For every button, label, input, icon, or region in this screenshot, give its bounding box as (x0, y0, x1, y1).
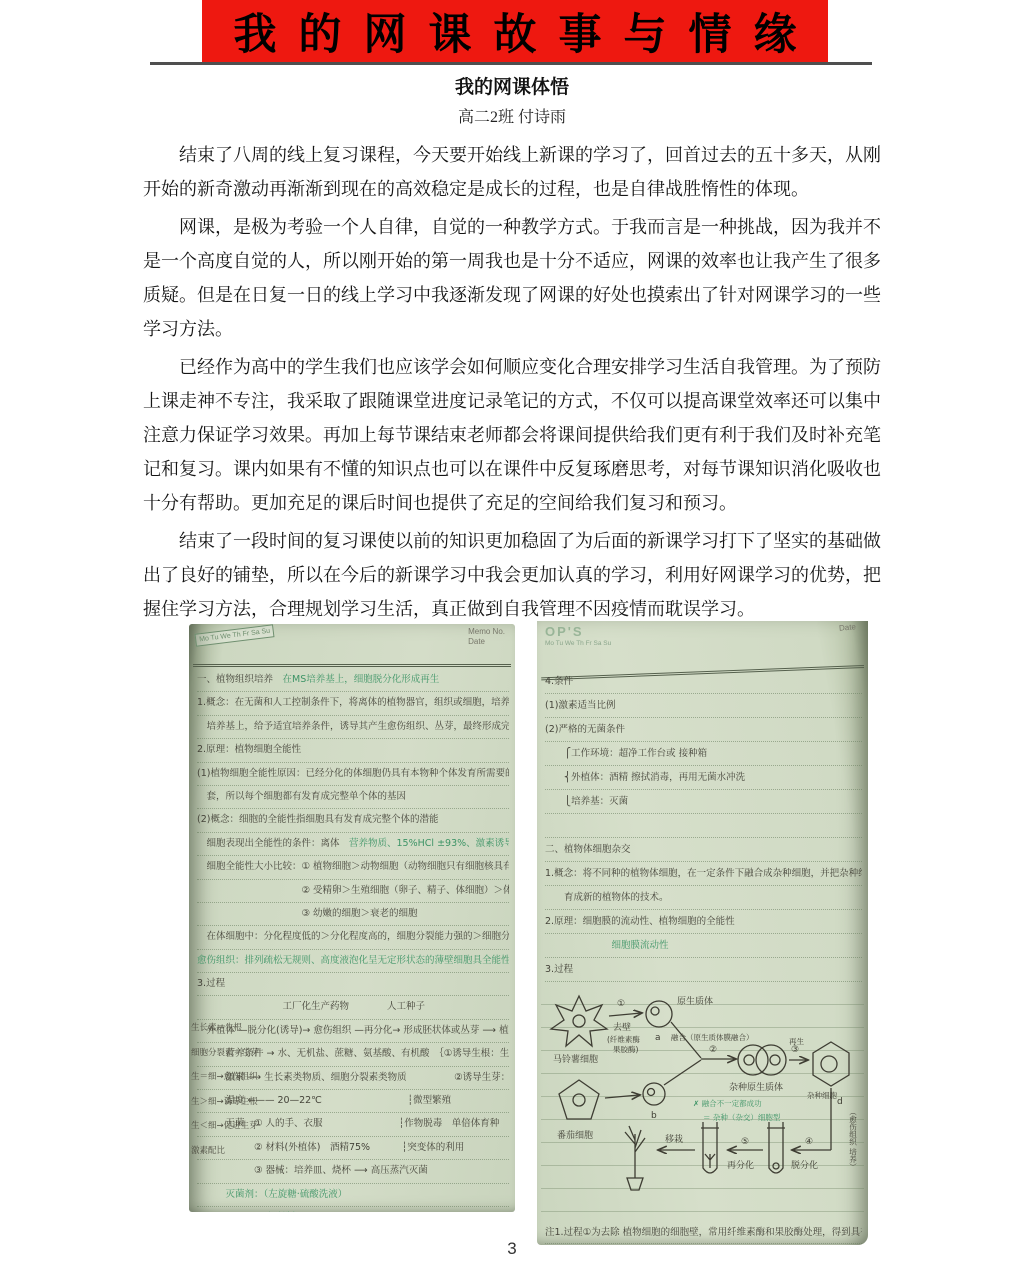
note-line: 4.条件 (545, 670, 862, 694)
header-divider (150, 62, 872, 65)
side-note: （愈伤组织 培养） (848, 1108, 857, 1170)
enzyme1-label: (纤维素酶 (607, 1034, 640, 1044)
step2-num: ② (709, 1045, 717, 1055)
note-lines-right-top: 4.条件 (1)激素适当比例 (2)严格的无菌条件 ⎧工作环境：超净工作台或 接… (537, 668, 868, 982)
note-text: 细胞全能性大小比较：① 植物细胞＞动物细胞（动物细胞只有细胞核具有全能性 (197, 861, 509, 872)
step3-num: ③ (791, 1045, 799, 1055)
note-text: ③ 幼嫩的细胞＞衰老的细胞 (197, 908, 418, 919)
notebook-header-right: OP'S Mo Tu We Th Fr Sa Su Date (537, 621, 868, 661)
potato-nucleus (573, 1015, 585, 1027)
note-line: 培养基上，给予适宜培养条件，诱导其产生愈伤组织、丛芽，最终形成完整植 (197, 716, 509, 739)
essay-title: 我的网课体悟 (0, 72, 1024, 99)
note-text: 细胞表现出全能性的条件：离体 (197, 838, 349, 849)
step3-label: 再生 (789, 1036, 804, 1046)
essay-paragraph-4: 结束了一段时间的复习课使以前的知识更加稳固了为后面的新课学习打下了坚实的基础做出… (143, 524, 881, 626)
note-line: ② 受精卵＞生殖细胞（卵子、精子、体细胞）＞体细胞 (197, 880, 509, 903)
step5-num: ⑤ (741, 1137, 749, 1147)
note-text: 二、植物体细胞杂交 (545, 844, 631, 855)
page-number: 3 (0, 1239, 1024, 1259)
page-banner-title: 我的网课故事与情缘 (202, 0, 828, 62)
note-line: (2)严格的无菌条件 (545, 718, 862, 742)
enzyme2-label: 果胶酶) (613, 1044, 638, 1054)
label-b: b (651, 1111, 657, 1121)
note-green-text: 灭菌剂：（左旋糖·硫酸洗液） (197, 1189, 347, 1200)
hybrid-cell-shape (813, 1042, 849, 1086)
note-text: 一、植物组织培养 (197, 674, 283, 685)
note-line: ⎧工作环境：超净工作台或 接种箱 (545, 742, 862, 766)
green-note-1: ✗ 融合不一定都成功 (693, 1098, 762, 1108)
label-a: a (655, 1033, 661, 1043)
note-line: 灭菌剂：（左旋糖·硫酸洗液） (197, 1184, 509, 1207)
note-text: (2)严格的无菌条件 (545, 724, 625, 735)
protoplast-b-nucleus (648, 1089, 655, 1096)
note-line: ⎩培养基：灭菌 (545, 790, 862, 814)
tomato-nucleus (573, 1094, 585, 1106)
note-green-text: 愈伤组织：排列疏松无规则、高度液泡化呈无定形状态的薄壁细胞具全能性 (197, 955, 509, 966)
note-green-text: 营养物质、15%HCl ±93%、激素诱导 (349, 838, 509, 849)
note-text: 1.概念：将不同种的植物体细胞，在一定条件下融合成杂种细胞，并把杂种细胞 培 (545, 868, 862, 879)
note-green-text: 在MS培养基上，细胞脱分化形成再生 (283, 674, 440, 685)
cell-fusion-diagram: 马铃薯细胞 ① 去壁 (纤维素酶 果胶酶) 原生质体 a 番茄细胞 b (541, 982, 864, 1222)
notebook-logo: OP'S (545, 624, 584, 639)
margin-notes: 生长素＝生根 细胞分裂素＝生芽 生＝细→愈伤组织 生＞细→诱导生根 生＜细→促进… (191, 1016, 277, 1163)
note-text: (1)植物细胞全能性原因：已经分化的体细胞仍具有本物种个体发育所需要的全 (197, 768, 509, 779)
date-label: Date (468, 637, 505, 647)
potato-label: 马铃薯细胞 (553, 1053, 598, 1065)
fused-cell-right (756, 1045, 786, 1075)
note-line (545, 814, 862, 838)
note-text: 在体细胞中：分化程度低的＞分化程度高的，细胞分裂能力强的＞细胞分裂 (197, 931, 509, 942)
note-text: 3.过程 (545, 964, 573, 975)
note-text: 工厂化生产药物 人工种子 (197, 1001, 425, 1012)
note-line: 二、植物体细胞杂交 (545, 838, 862, 862)
margin-note: 激素配比 (191, 1139, 277, 1164)
note-line: 细胞膜流动性 (545, 934, 862, 958)
step5-label: 再分化 (727, 1159, 754, 1171)
note-text: ⎨外植体：酒精 擦拭消毒，再用无菌水冲洗 (545, 772, 745, 783)
note-line: ⎨外植体：酒精 擦拭消毒，再用无菌水冲洗 (545, 766, 862, 790)
note-line: 在体细胞中：分化程度低的＞分化程度高的，细胞分裂能力强的＞细胞分裂 (197, 926, 509, 949)
note-line: ③ 器械：培养皿、烧杯 ⟶ 高压蒸汽灭菌 (197, 1160, 509, 1183)
note-line: 细胞表现出全能性的条件：离体 营养物质、15%HCl ±93%、激素诱导 (197, 833, 509, 856)
hybrid-protoplast-label: 杂种原生质体 (729, 1081, 783, 1093)
tomato-cell-shape (559, 1080, 599, 1119)
margin-note: 生＝细→愈伤组织 (191, 1065, 277, 1090)
protoplast-a-shape (646, 1001, 672, 1027)
note-text: 4.条件 (545, 676, 573, 687)
note-text: ⎩培养基：灭菌 (545, 796, 628, 807)
note-text: ⎧工作环境：超净工作台或 接种箱 (545, 748, 707, 759)
note-text: 3.过程 (197, 978, 225, 989)
note-line: (1)激素适当比例 (545, 694, 862, 718)
step1-num: ① (617, 999, 625, 1009)
note-line: (1)植物细胞全能性原因：已经分化的体细胞仍具有本物种个体发育所需要的全 (197, 763, 509, 786)
step4-label: 脱分化 (791, 1159, 818, 1171)
document-page: 我的网课故事与情缘 我的网课体悟 高二2班 付诗雨 结束了八周的线上复习课程，今… (0, 0, 1024, 1269)
margin-note: 生＜细→促进生芽 (191, 1114, 277, 1139)
protoplast-label: 原生质体 (677, 995, 713, 1007)
margin-note: 生长素＝生根 (191, 1016, 277, 1041)
note-line: 3.过程 (197, 973, 509, 996)
arrow-tomato (605, 1095, 639, 1098)
protoplast-a-nucleus (651, 1007, 659, 1015)
essay-body: 结束了八周的线上复习课程，今天要开始线上新课的学习了，回首过去的五十多天，从刚开… (143, 138, 881, 630)
hybrid-cell-label: 杂种细胞 (807, 1090, 837, 1100)
note-text: ③ 器械：培养皿、烧杯 ⟶ 高压蒸汽灭菌 (197, 1165, 428, 1176)
note-text: (1)激素适当比例 (545, 700, 615, 711)
note-text: (2)概念：细胞的全能性指细胞具有发育成完整个体的潜能 (197, 814, 438, 825)
note-line: 3.过程 (545, 958, 862, 982)
memo-meta: Memo No. Date (468, 627, 505, 647)
test-tube-1-cells (773, 1163, 779, 1169)
note-line: 套，所以每个细胞都有发育成完整单个体的基因 (197, 786, 509, 809)
note-text: 2.原理：细胞膜的流动性、植物细胞的全能性 (545, 916, 735, 927)
essay-paragraph-2: 网课，是极为考验一个人自律，自觉的一种教学方式。于我而言是一种挑战，因为我并不是… (143, 210, 881, 346)
note-line: 2.原理：细胞膜的流动性、植物细胞的全能性 (545, 910, 862, 934)
potato-cell-shape (551, 996, 607, 1046)
note-line: 一、植物组织培养 在MS培养基上，细胞脱分化形成再生 (197, 669, 509, 692)
note-line: 细胞全能性大小比较：① 植物细胞＞动物细胞（动物细胞只有细胞核具有全能性 (197, 856, 509, 879)
cell-fusion-diagram-svg: 马铃薯细胞 ① 去壁 (纤维素酶 果胶酶) 原生质体 a 番茄细胞 b (541, 982, 864, 1222)
weekday-stamp: Mo Tu We Th Fr Sa Su (195, 624, 275, 647)
note-line: 愈伤组织：排列疏松无规则、高度液泡化呈无定形状态的薄壁细胞具全能性 (197, 950, 509, 973)
note-text: 1.概念：在无菌和人工控制条件下，将离体的植物器官，组织或细胞，培养在人 (197, 697, 509, 708)
hybrid-cell-nucleus (821, 1056, 837, 1072)
essay-byline: 高二2班 付诗雨 (0, 104, 1024, 127)
plant-tree (625, 1126, 645, 1190)
arrow-step1 (609, 1013, 641, 1016)
note-line: 1.概念：将不同种的植物体细胞，在一定条件下融合成杂种细胞，并把杂种细胞 培 (545, 862, 862, 886)
note-text: 培养基上，给予适宜培养条件，诱导其产生愈伤组织、丛芽，最终形成完整植 (197, 721, 509, 732)
step1-label: 去壁 (613, 1021, 631, 1033)
note-line: 2.原理：植物细胞全能性 (197, 739, 509, 762)
test-tube-1 (767, 1122, 785, 1173)
converge-line-b (664, 1060, 701, 1085)
weekday-stamp: Mo Tu We Th Fr Sa Su (545, 640, 611, 647)
note-text: ② 受精卵＞生殖细胞（卵子、精子、体细胞）＞体细胞 (197, 885, 509, 896)
tomato-label: 番茄细胞 (557, 1129, 593, 1141)
fused-nucleus-left (744, 1055, 754, 1065)
note-line: ③ 幼嫩的细胞＞衰老的细胞 (197, 903, 509, 926)
step4-num: ④ (805, 1137, 813, 1147)
note-green-text: 细胞膜流动性 (545, 940, 669, 951)
label-d: d (837, 1097, 843, 1107)
note-text: 注1.过程①为去除 植物细胞的细胞壁，常用纤维素酶和果胶酶处理，得到具有活力的原… (545, 1227, 862, 1238)
note-text: 育成新的植物体的技术。 (545, 892, 669, 903)
margin-note: 细胞分裂素＝生芽 (191, 1041, 277, 1066)
note-line: 硫酸洗缸 (197, 1207, 509, 1212)
note-line: 1.概念：在无菌和人工控制条件下，将离体的植物器官，组织或细胞，培养在人 (197, 692, 509, 715)
transplant-label: 移栽 (665, 1133, 683, 1145)
margin-note: 生＞细→诱导生根 (191, 1090, 277, 1115)
fused-cell-left (738, 1045, 768, 1075)
green-note-2: ＝ 杂种（杂交）细胞型 (703, 1112, 781, 1122)
fused-nucleus-right (770, 1055, 780, 1065)
date-label: Date (839, 622, 857, 632)
memo-no-label: Memo No. (468, 627, 505, 637)
note-line: 育成新的植物体的技术。 (545, 886, 862, 910)
notes-photo-left: Mo Tu We Th Fr Sa Su Memo No. Date 一、植物组… (189, 624, 515, 1212)
note-text: 套，所以每个细胞都有发育成完整单个体的基因 (197, 791, 406, 802)
note-line: (2)概念：细胞的全能性指细胞具有发育成完整个体的潜能 (197, 809, 509, 832)
essay-paragraph-1: 结束了八周的线上复习课程，今天要开始线上新课的学习了，回首过去的五十多天，从刚开… (143, 138, 881, 206)
step2-label: 融合（原生质体膜融合） (671, 1032, 754, 1042)
notes-photo-right: OP'S Mo Tu We Th Fr Sa Su Date 4.条件 (1)激… (537, 621, 868, 1245)
essay-paragraph-3: 已经作为高中的学生我们也应该学会如何顺应变化合理安排学习生活自我管理。为了预防上… (143, 350, 881, 520)
notebook-header-left: Mo Tu We Th Fr Sa Su Memo No. Date (189, 624, 515, 664)
test-tube-2-plantlet (705, 1154, 715, 1168)
note-text: 2.原理：植物细胞全能性 (197, 744, 301, 755)
